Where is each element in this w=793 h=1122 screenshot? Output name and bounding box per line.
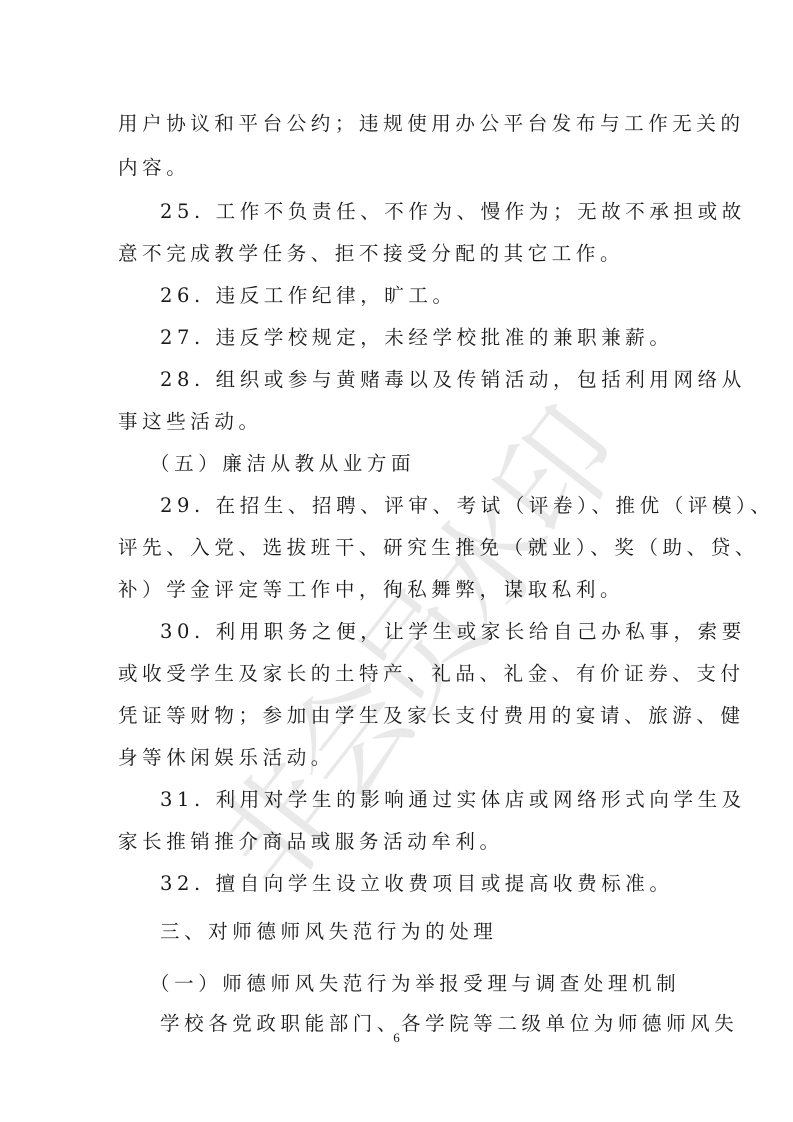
list-item-25: 25. 工作不负责任、不作为、慢作为；无故不承担或故 [160, 200, 720, 224]
text-line: 凭证等财物；参加由学生及家长支付费用的宴请、旅游、健 [118, 704, 678, 728]
page-number: 6 [0, 1030, 793, 1046]
list-item-32: 32. 擅自向学生设立收费项目或提高收费标准。 [160, 872, 720, 896]
text-line: 用户协议和平台公约；违规使用办公平台发布与工作无关的 [118, 112, 678, 136]
text-line: 或收受学生及家长的土特产、礼品、礼金、有价证券、支付 [118, 662, 678, 686]
list-item-26: 26. 违反工作纪律，旷工。 [160, 284, 720, 308]
list-item-27: 27. 违反学校规定，未经学校批准的兼职兼薪。 [160, 326, 720, 350]
text-line: 家长推销推介商品或服务活动牟利。 [118, 830, 678, 854]
text-line: 补）学金评定等工作中，徇私舞弊，谋取私利。 [118, 578, 678, 602]
section-heading-integrity: （五）廉洁从教从业方面 [150, 452, 710, 476]
subsection-heading-reporting: （一）师德师风失范行为举报受理与调查处理机制 [150, 972, 710, 996]
list-item-29: 29. 在招生、招聘、评审、考试（评卷）、推优（评模）、 [160, 494, 720, 518]
text-line: 内容。 [118, 156, 678, 180]
list-item-31: 31. 利用对学生的影响通过实体店或网络形式向学生及 [160, 788, 720, 812]
document-page: 用户协议和平台公约；违规使用办公平台发布与工作无关的 内容。 25. 工作不负责… [0, 0, 793, 1122]
text-line: 事这些活动。 [118, 410, 678, 434]
section-heading-handling: 三、对师德师风失范行为的处理 [160, 920, 720, 944]
list-item-30: 30. 利用职务之便，让学生或家长给自己办私事，索要 [160, 620, 720, 644]
list-item-28: 28. 组织或参与黄赌毒以及传销活动，包括利用网络从 [160, 368, 720, 392]
text-line: 身等休闲娱乐活动。 [118, 746, 678, 770]
text-line: 意不完成教学任务、拒不接受分配的其它工作。 [118, 242, 678, 266]
text-line: 评先、入党、选拔班干、研究生推免（就业）、奖（助、贷、 [118, 536, 678, 560]
